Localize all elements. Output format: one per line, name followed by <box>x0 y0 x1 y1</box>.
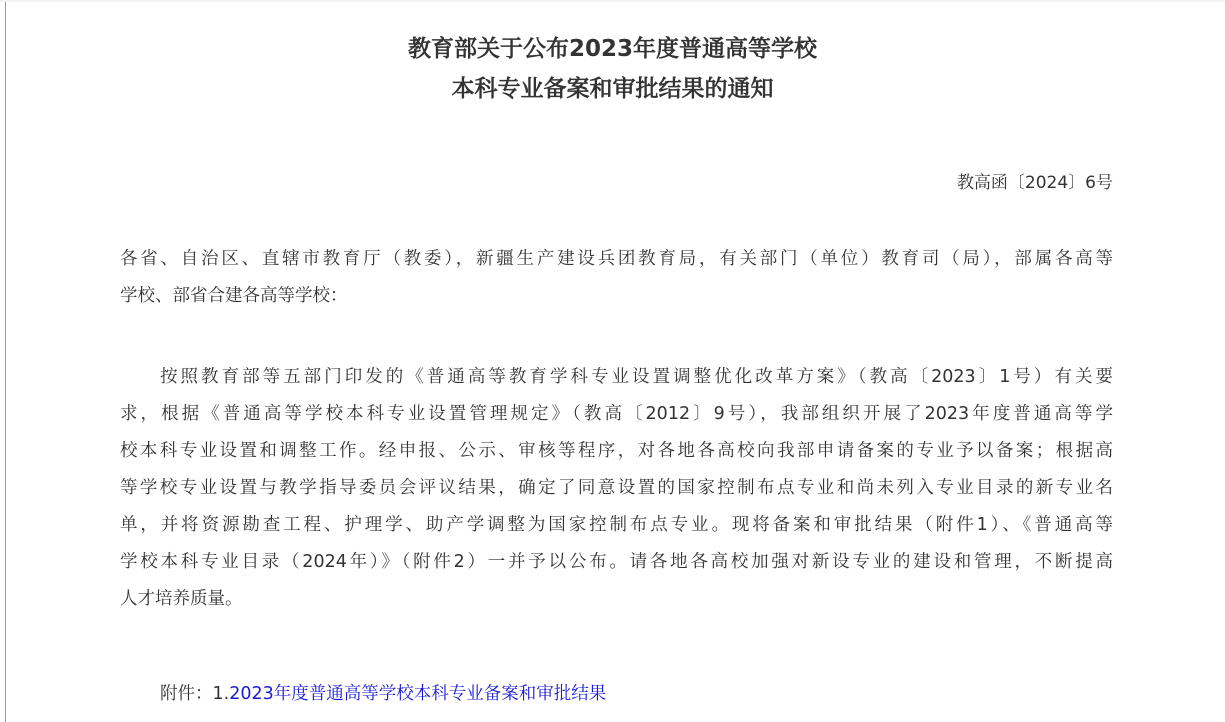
body-line-4: 等学校专业设置与教学指导委员会评议结果，确定了同意设置的国家控制布点专业和尚未列… <box>120 476 1113 500</box>
body-line-2: 求，根据《普通高等学校本科专业设置管理规定》（教高〔2012〕9号），我部组织开… <box>120 402 1113 426</box>
attachment-label: 附件： <box>160 684 213 704</box>
body-line-6: 学校本科专业目录（2024年）》（附件2）一并予以公布。请各地各高校加强对新设专… <box>120 550 1113 574</box>
attachment-number: 1. <box>213 684 230 704</box>
attachment-link-1[interactable]: 2023年度普通高等学校本科专业备案和审批结果 <box>229 684 606 704</box>
addressee-line-2: 学校、部省合建各高等学校： <box>120 284 1113 308</box>
left-divider <box>5 2 6 722</box>
document-number: 教高函〔2024〕6号 <box>957 168 1113 193</box>
body-line-3: 校本科专业设置和调整工作。经申报、公示、审核等程序，对各地各高校向我部申请备案的… <box>120 439 1113 463</box>
addressee-line-1: 各省、自治区、直辖市教育厅（教委），新疆生产建设兵团教育局，有关部门（单位）教育… <box>120 247 1113 271</box>
body-line-5: 单，并将资源勘查工程、护理学、助产学调整为国家控制布点专业。现将备案和审批结果（… <box>120 513 1113 537</box>
document-title-line-1: 教育部关于公布2023年度普通高等学校 <box>0 30 1225 63</box>
document-title-line-2: 本科专业备案和审批结果的通知 <box>0 70 1225 103</box>
attachment-row: 附件：1.2023年度普通高等学校本科专业备案和审批结果 <box>160 682 606 706</box>
top-border <box>0 0 1225 2</box>
body-line-1: 按照教育部等五部门印发的《普通高等教育学科专业设置调整优化改革方案》（教高〔20… <box>160 365 1113 389</box>
body-line-7: 人才培养质量。 <box>120 587 1113 611</box>
